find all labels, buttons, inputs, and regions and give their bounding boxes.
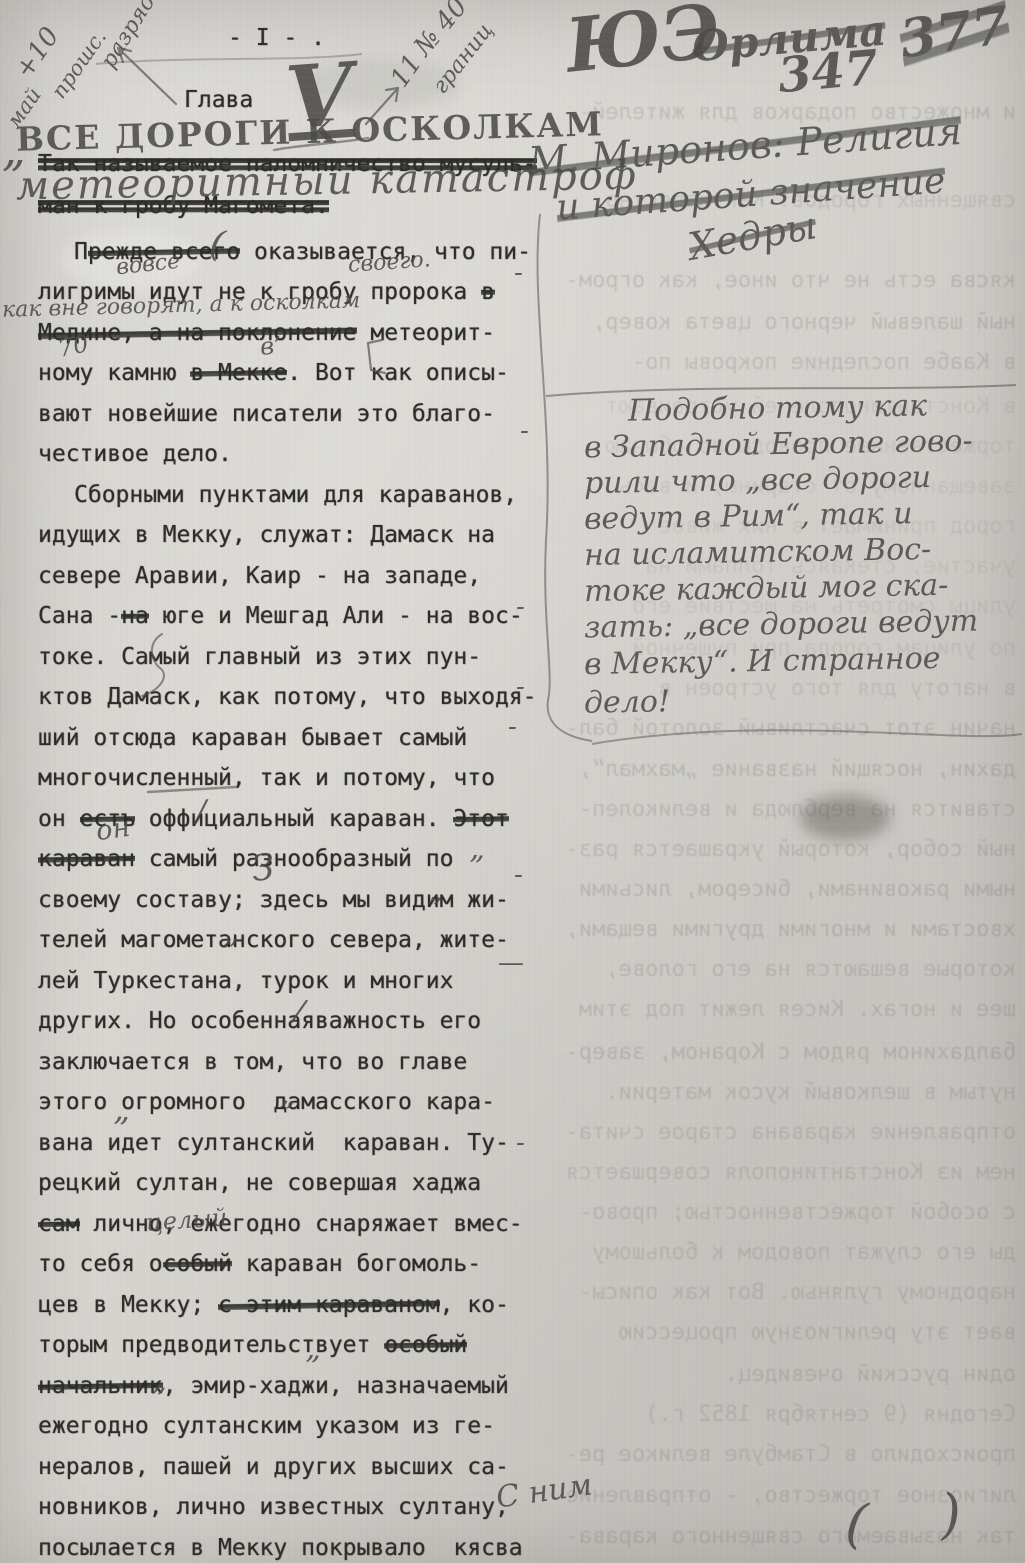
insert-tsely: целый: [145, 1203, 228, 1237]
margin-dash: -: [516, 1128, 525, 1158]
insert-svoego: своего.: [347, 247, 431, 278]
struck-text: с этим караваном: [218, 1292, 440, 1318]
typed-line: посылается в Мекку покрывало кясва: [38, 1534, 523, 1562]
chapter-label: Глава: [184, 86, 253, 114]
bleedthrough-line: балдахином рядом с Кораном, завер-: [524, 1040, 1016, 1065]
typed-line: вана идет султанский караван. Ту-: [38, 1129, 509, 1157]
typed-text: караван богомоль-: [232, 1251, 481, 1277]
typed-text: нералов, пашей и других высших са-: [38, 1454, 509, 1480]
typed-text: то себя о: [38, 1251, 163, 1277]
bleedthrough-line: один русский очевидец.: [524, 1362, 1016, 1387]
bleedthrough-line: дахин, носящий название „махмал“,: [524, 757, 1016, 782]
typed-text: заключается в том, что во главе: [38, 1049, 467, 1075]
typed-line: ному камню в Мекке. Вот как описы-: [38, 359, 509, 387]
typed-text: торым предводительствует: [38, 1332, 384, 1358]
boxed-note-line: зать: „все дороги ведут: [584, 604, 979, 646]
typed-line: вают новейшие писатели это благо-: [38, 400, 495, 428]
typed-text: юге и Мешгад Али - на вос-: [149, 603, 523, 629]
note-11: 11: [385, 49, 429, 93]
typed-text: метеорит-: [357, 320, 495, 346]
bleedthrough-line: отправление каравана старое счита-: [524, 1120, 1016, 1145]
bleedthrough-line: ными раковинами, бисером, лисьими: [524, 877, 1016, 902]
typed-line: нералов, пашей и других высших са-: [38, 1453, 509, 1481]
typed-text: Сана -: [38, 603, 121, 629]
typed-line: ежегодно султанским указом из ге-: [38, 1412, 495, 1440]
typed-text: Глава: [184, 87, 253, 113]
struck-text: в: [481, 279, 495, 305]
typed-text: рецкий султан, не совершая хаджа: [38, 1170, 481, 1196]
margin-dash: —: [498, 948, 524, 978]
bleedthrough-line: шее и ногах. Кисея лежит под этим: [524, 997, 1016, 1022]
typed-text: ежегодно султанским указом из ге-: [38, 1413, 495, 1439]
struck-text: сам: [38, 1211, 80, 1237]
typed-text: ший отсюда караван бывает самый: [38, 725, 467, 751]
caret-mark: ”: [110, 1109, 130, 1148]
insert-70: 70: [55, 329, 91, 363]
bleedthrough-line: ный собор, который украшается раз-: [524, 837, 1016, 862]
typed-line: Сборными пунктами для караванов,: [74, 481, 517, 509]
typed-text: , эмир-хаджи, назначаемый: [163, 1373, 509, 1399]
typed-line: начальник, эмир-хаджи, назначаемый: [38, 1372, 509, 1400]
typed-text: новников, лично известных султану,: [38, 1494, 509, 1520]
typed-line: честивое дело.: [38, 440, 232, 468]
typed-line: лей Туркестана, турок и многих: [38, 967, 453, 995]
struck-text: начальник: [38, 1373, 163, 1399]
bleedthrough-line: происходило в Стамбуле великое ре-: [524, 1442, 1016, 1467]
bleedthrough-line: народному гулянью. Вот как описы-: [524, 1280, 1016, 1305]
typed-line: караван самый разнообразный по: [38, 845, 453, 873]
typed-line: новников, лично известных султану,: [38, 1493, 509, 1521]
num-377-crossed: 377: [896, 0, 1012, 70]
typed-text: других. Но особеннаяважность его: [38, 1008, 481, 1034]
bleedthrough-line: которые вешаются на его голове,: [524, 957, 1016, 982]
typed-line: рецкий султан, не совершая хаджа: [38, 1169, 481, 1197]
typed-line: ший отсюда караван бывает самый: [38, 724, 467, 752]
typed-text: севере Аравии, Каир - на западе,: [38, 563, 481, 589]
typed-text: этого огромного дамасского кара-: [38, 1089, 495, 1115]
insert-s-nim: С ним: [494, 1467, 594, 1515]
bleedthrough-line: Сегодня (9 сентября 1852 г.): [524, 1402, 1016, 1427]
typed-text: , ко-: [440, 1292, 509, 1318]
struck-text: караван: [38, 846, 135, 872]
manuscript-page: и множество подарков для жителей-священн…: [0, 0, 1025, 1563]
typed-line: других. Но особеннаяважность его: [38, 1007, 481, 1035]
typed-line: Сана -на юге и Мешгад Али - на вос-: [38, 602, 523, 630]
typed-line: торым предводительствует особый: [38, 1331, 467, 1359]
typed-line: то себя особый караван богомоль-: [38, 1250, 481, 1278]
typed-text: честивое дело.: [38, 441, 232, 467]
typed-text: ному камню: [38, 360, 190, 386]
typed-line: этого огромного дамасского кара-: [38, 1088, 495, 1116]
typed-line: токе. Самый главный из этих пун-: [38, 643, 481, 671]
bleedthrough-line: кясва есть не что иное, как огром-: [524, 268, 1016, 293]
boxed-note-line: дело!: [584, 684, 671, 720]
typed-line: цев в Мекку; с этим караваном, ко-: [38, 1291, 509, 1319]
struck-text: на: [121, 603, 149, 629]
caret-mark: ”: [221, 933, 239, 969]
typed-text: многочисленный, так и потому, что: [38, 765, 495, 791]
typed-text: . Вот как описы-: [287, 360, 509, 386]
insert-vovse: вовсе: [115, 249, 181, 281]
num-347: 347: [776, 40, 881, 105]
typed-text: оффициальный караван.: [135, 806, 454, 832]
typed-text: он: [38, 806, 80, 832]
insert-slash-1: /: [196, 794, 206, 829]
bleedthrough-line: нем из Константинополя совершается: [524, 1160, 1016, 1185]
boxed-note-line: Подобно тому как: [628, 388, 928, 428]
bleedthrough-line: ный шалевый черного цвета ковер,: [524, 310, 1016, 335]
typed-text: ктов Дамаск, как потому, что выходя-: [38, 684, 537, 710]
margin-dash: -: [520, 416, 529, 446]
bleedthrough-line: нутым в шелковый кусок материи.: [524, 1080, 1016, 1105]
bleedthrough-line: в Каабе последние покровы по-: [524, 350, 1016, 375]
typed-line: многочисленный, так и потому, что: [38, 764, 495, 792]
typed-line: идущих в Мекку, служат: Дамаск на: [38, 521, 495, 549]
boxed-note-line: рили что „все дороги: [584, 460, 932, 501]
bleedthrough-line: вает эту религиозную процессию: [524, 1320, 1016, 1345]
typed-text: идущих в Мекку, служат: Дамаск на: [38, 522, 495, 548]
margin-dash: -: [516, 672, 525, 702]
paren-close-kyasva: ): [938, 1481, 963, 1545]
bleedthrough-line: ды его служат поводом к большому: [524, 1240, 1016, 1265]
typed-text: телей магометанского севера, жите-: [38, 927, 509, 953]
typed-line: телей магометанского севера, жите-: [38, 926, 509, 954]
typed-text: П: [74, 239, 88, 265]
typed-line: ктов Дамаск, как потому, что выходя-: [38, 683, 537, 711]
struck-text: собый: [163, 1251, 232, 1277]
caret-mark: ”: [149, 1381, 167, 1417]
typed-text: самый разнообразный по: [135, 846, 454, 872]
typed-text: цев в Мекку;: [38, 1292, 218, 1318]
insert-on: он: [94, 812, 132, 847]
typed-text: токе. Самый главный из этих пун-: [38, 644, 481, 670]
insert-v-mark: в’: [259, 331, 283, 361]
margin-dash: -: [508, 712, 517, 742]
boxed-note-line: в Мекку“. И странное: [584, 641, 941, 682]
boxed-note-line: на исламитском Вос-: [584, 532, 932, 573]
margin-dash: -: [516, 592, 525, 622]
boxed-note-line: в Западной Европе гово-: [584, 424, 973, 466]
bleedthrough-line: с особой торжественностью; прово-: [524, 1200, 1016, 1225]
caret-mark: ”: [303, 1349, 321, 1385]
typed-line: севере Аравии, Каир - на западе,: [38, 562, 481, 590]
caret-mark: ”: [425, 891, 443, 927]
typed-text: вана идет султанский караван. Ту-: [38, 1130, 509, 1156]
bleedthrough-line: ставится на верблюда и великолеп-: [524, 797, 1016, 822]
margin-dash: -: [514, 860, 523, 890]
struck-text: особый: [384, 1332, 467, 1358]
boxed-note-line: ведут в Рим“, так и: [584, 496, 913, 537]
typed-text: вают новейшие писатели это благо-: [38, 401, 495, 427]
boxed-note-line: токе каждый мог ска-: [584, 568, 949, 609]
margin-dash: -: [514, 258, 523, 288]
bleedthrough-line: хвостами и многими другими вещами,: [524, 917, 1016, 942]
typed-line: сам лично, ежегодно снаряжает вмес-: [38, 1210, 523, 1238]
typed-text: лей Туркестана, турок и многих: [38, 968, 453, 994]
typed-text: Сборными пунктами для караванов,: [74, 482, 517, 508]
typed-text: посылается в Мекку покрывало кясва: [38, 1535, 523, 1561]
caret-mark: ”: [467, 849, 485, 885]
insert-z: З: [250, 847, 276, 890]
struck-text: Этот: [453, 806, 508, 832]
struck-text: в Мекке: [190, 360, 287, 386]
typed-line: заключается в том, что во главе: [38, 1048, 467, 1076]
caret-mark: ”: [276, 1093, 296, 1132]
